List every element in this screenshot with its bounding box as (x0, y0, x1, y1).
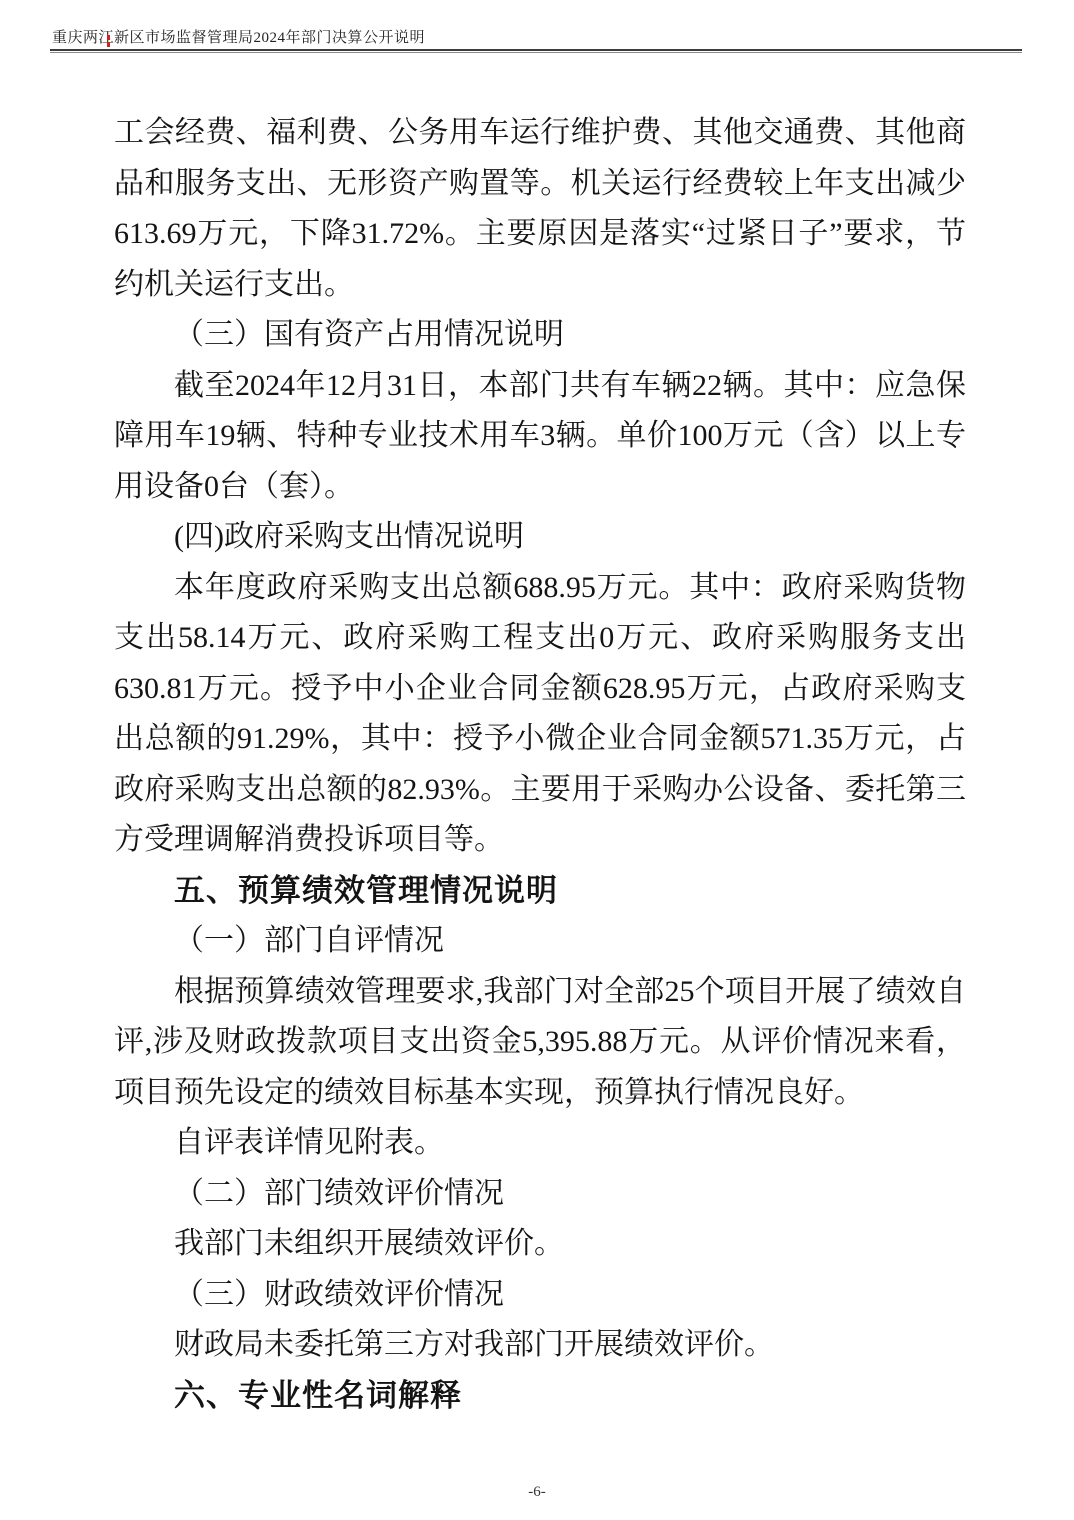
paragraph-see-appendix: 自评表详情见附表。 (114, 1118, 966, 1169)
heading-self-evaluation: （一）部门自评情况 (114, 916, 966, 967)
heading-terminology: 六、专业性名词解释 (114, 1371, 966, 1422)
paragraph-vehicles: 截至2024年12月31日，本部门共有车辆22辆。其中：应急保障用车19辆、特种… (114, 361, 966, 513)
heading-budget-performance: 五、预算绩效管理情况说明 (114, 866, 966, 917)
heading-dept-evaluation: （二）部门绩效评价情况 (114, 1169, 966, 1220)
document-header-title: 重庆两江新区市场监督管理局2024年部门决算公开说明 (52, 29, 1022, 48)
heading-finance-evaluation: （三）财政绩效评价情况 (114, 1270, 966, 1321)
red-mark-artifact (107, 35, 110, 47)
header-divider-rule (50, 49, 1022, 53)
paragraph-self-evaluation: 根据预算绩效管理要求,我部门对全部25个项目开展了绩效自评,涉及财政拨款项目支出… (114, 967, 966, 1119)
paragraph-dept-evaluation: 我部门未组织开展绩效评价。 (114, 1219, 966, 1270)
heading-state-assets: （三）国有资产占用情况说明 (114, 310, 966, 361)
document-page: 重庆两江新区市场监督管理局2024年部门决算公开说明 工会经费、福利费、公务用车… (0, 0, 1074, 1520)
paragraph-finance-evaluation: 财政局未委托第三方对我部门开展绩效评价。 (114, 1320, 966, 1371)
paragraph-operating-costs: 工会经费、福利费、公务用车运行维护费、其他交通费、其他商品和服务支出、无形资产购… (114, 108, 966, 310)
paragraph-procurement-detail: 本年度政府采购支出总额688.95万元。其中：政府采购货物支出58.14万元、政… (114, 563, 966, 866)
document-body: 工会经费、福利费、公务用车运行维护费、其他交通费、其他商品和服务支出、无形资产购… (114, 108, 966, 1421)
heading-gov-procurement: (四)政府采购支出情况说明 (114, 512, 966, 563)
page-number: -6- (0, 1484, 1074, 1501)
